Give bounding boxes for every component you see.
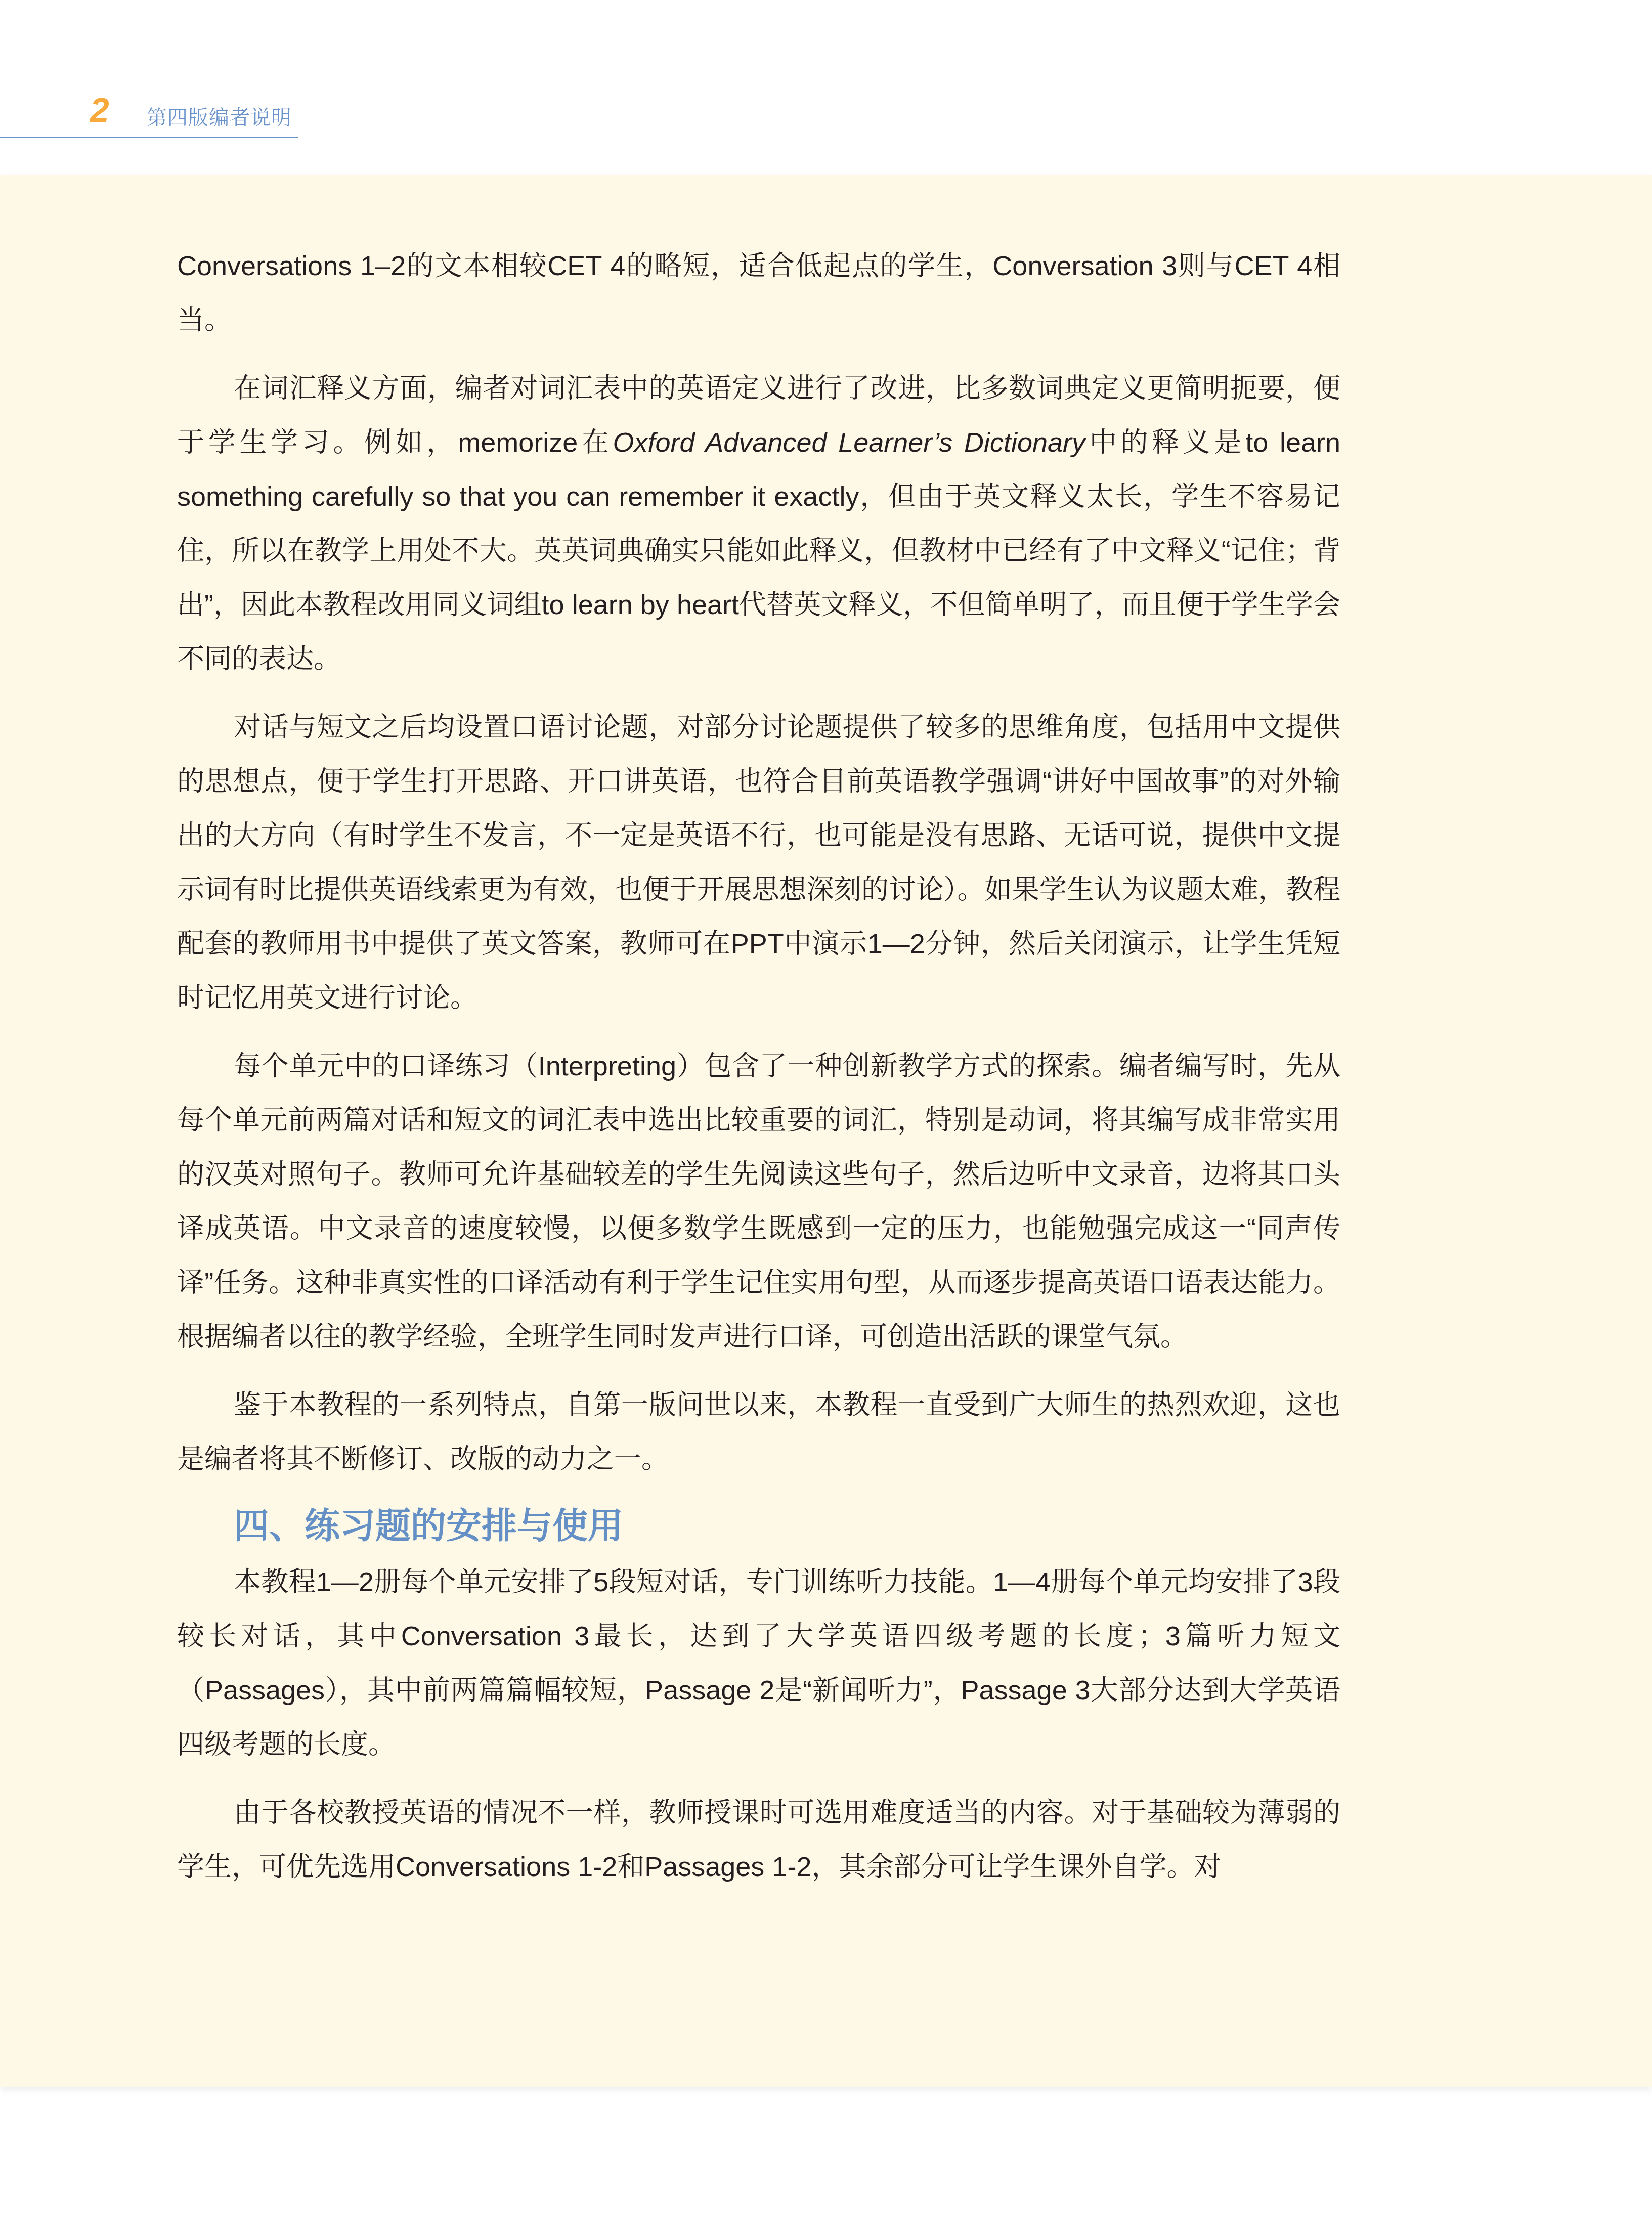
- paragraph-interpreting: 每个单元中的口译练习（Interpreting）包含了一种创新教学方式的探索。编…: [177, 1039, 1340, 1364]
- section-heading-exercises: 四、练习题的安排与使用: [177, 1501, 1340, 1551]
- paragraph-discussion-topics: 对话与短文之后均设置口语讨论题，对部分讨论题提供了较多的思维角度，包括用中文提供…: [177, 701, 1340, 1025]
- paragraph-listening-arrangement: 本教程1—2册每个单元安排了5段短对话，专门训练听力技能。1—4册每个单元均安排…: [177, 1555, 1340, 1772]
- page-number: 2: [90, 90, 109, 130]
- dictionary-title: Oxford Advanced Learner’s Dictionary: [613, 427, 1086, 458]
- running-title: 第四版编者说明: [147, 104, 292, 132]
- paragraph-text: 中的释义是to learn something carefully so tha…: [177, 427, 1340, 674]
- text-body: Conversations 1–2的文本相较CET 4的略短，适合低起点的学生，…: [177, 239, 1340, 1908]
- paragraph-vocabulary-definitions: 在词汇释义方面，编者对词汇表中的英语定义进行了改进，比多数词典定义更简明扼要，便…: [177, 362, 1340, 686]
- paragraph-conversations-length: Conversations 1–2的文本相较CET 4的略短，适合低起点的学生，…: [177, 239, 1340, 347]
- paragraph-content-selection: 由于各校教授英语的情况不一样，教师授课时可选用难度适当的内容。对于基础较为薄弱的…: [177, 1786, 1340, 1894]
- paragraph-popularity: 鉴于本教程的一系列特点，自第一版问世以来，本教程一直受到广大师生的热烈欢迎，这也…: [177, 1378, 1340, 1487]
